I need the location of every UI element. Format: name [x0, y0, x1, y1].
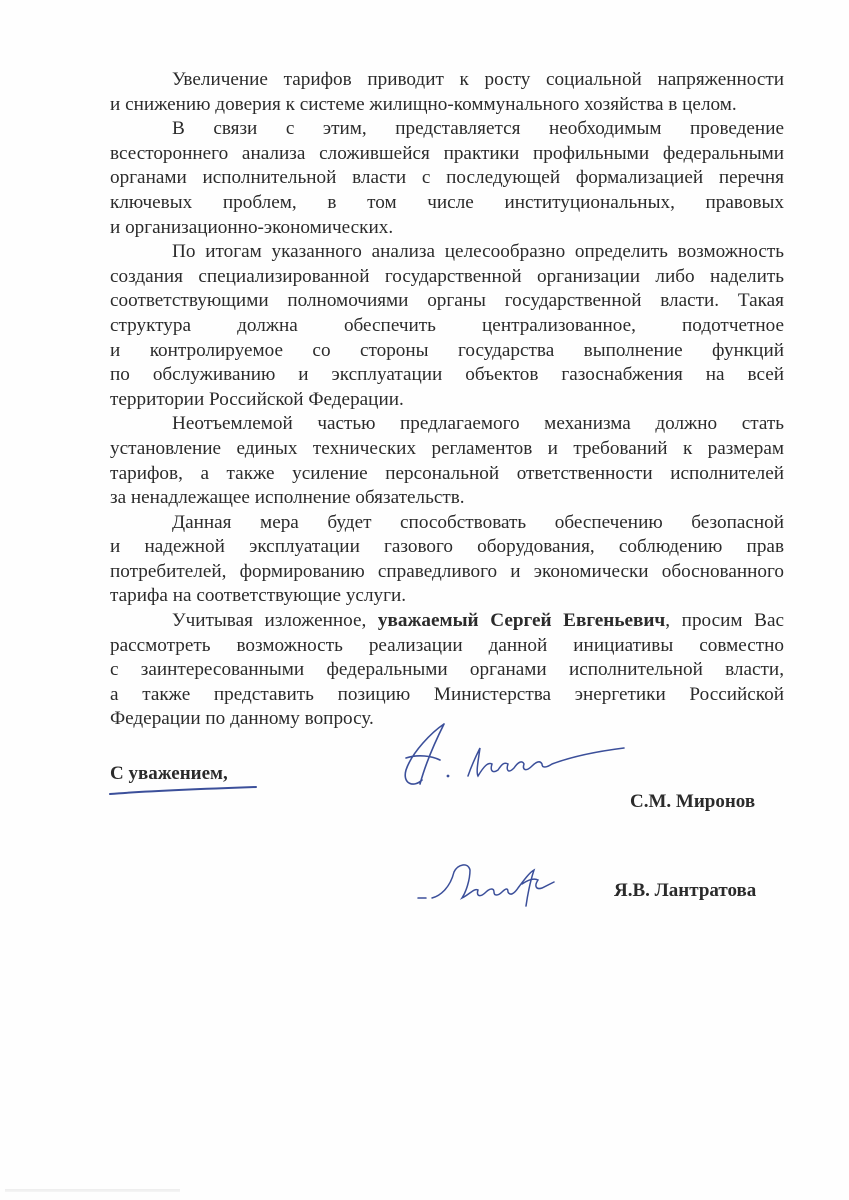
text-line: и снижению доверия к системе жилищно-ком… [110, 93, 784, 118]
text-line: по обслуживанию и эксплуатации объектов … [110, 363, 784, 388]
text-line: территории Российской Федерации. [110, 388, 784, 413]
text-line: В связи с этим, представляется необходим… [110, 117, 784, 142]
text-line: установление единых технических регламен… [110, 437, 784, 462]
text-line: за ненадлежащее исполнение обязательств. [110, 486, 784, 511]
text-line: тарифов, а также усиление персональной о… [110, 462, 784, 487]
text-line: соответствующими полномочиями органы гос… [110, 289, 784, 314]
text-line: Неотъемлемой частью предлагаемого механи… [110, 412, 784, 437]
text-line: структура должна обеспечить централизова… [110, 314, 784, 339]
addressee-name: уважаемый Сергей Евгеньевич [378, 610, 665, 631]
text-run: , просим Вас [665, 610, 784, 631]
text-line: Учитывая изложенное, уважаемый Сергей Ев… [110, 609, 784, 634]
scan-artifact [5, 1189, 180, 1192]
text-line: Данная мера будет способствовать обеспеч… [110, 511, 784, 536]
text-line: всестороннего анализа сложившейся практи… [110, 142, 784, 167]
text-line: и организационно-экономических. [110, 216, 784, 241]
signatory-name: Я.В. Лантратова [614, 880, 756, 902]
text-line: а также представить позицию Министерства… [110, 683, 784, 708]
signature-mironov-icon [392, 718, 672, 798]
handwritten-underline-icon [108, 786, 258, 796]
text-line: потребителей, формированию справедливого… [110, 560, 784, 585]
text-line: ключевых проблем, в том числе институцио… [110, 191, 784, 216]
closing-phrase: С уважением, [110, 763, 228, 785]
letter-page: Увеличение тарифов приводит к росту соци… [0, 0, 849, 1200]
text-run: Учитывая изложенное, [172, 610, 378, 631]
signatory-name: С.М. Миронов [630, 791, 755, 813]
text-line: Увеличение тарифов приводит к росту соци… [110, 68, 784, 93]
signature-lantratova-icon [410, 858, 590, 913]
letter-body: Увеличение тарифов приводит к росту соци… [110, 68, 784, 732]
text-line: рассмотреть возможность реализации данно… [110, 634, 784, 659]
text-line: тарифа на соответствующие услуги. [110, 584, 784, 609]
text-line: создания специализированной государствен… [110, 265, 784, 290]
text-line: и контролируемое со стороны государства … [110, 339, 784, 364]
text-line: и надежной эксплуатации газового оборудо… [110, 535, 784, 560]
text-line: органами исполнительной власти с последу… [110, 166, 784, 191]
text-line: с заинтересованными федеральными органам… [110, 658, 784, 683]
text-line: По итогам указанного анализа целесообраз… [110, 240, 784, 265]
